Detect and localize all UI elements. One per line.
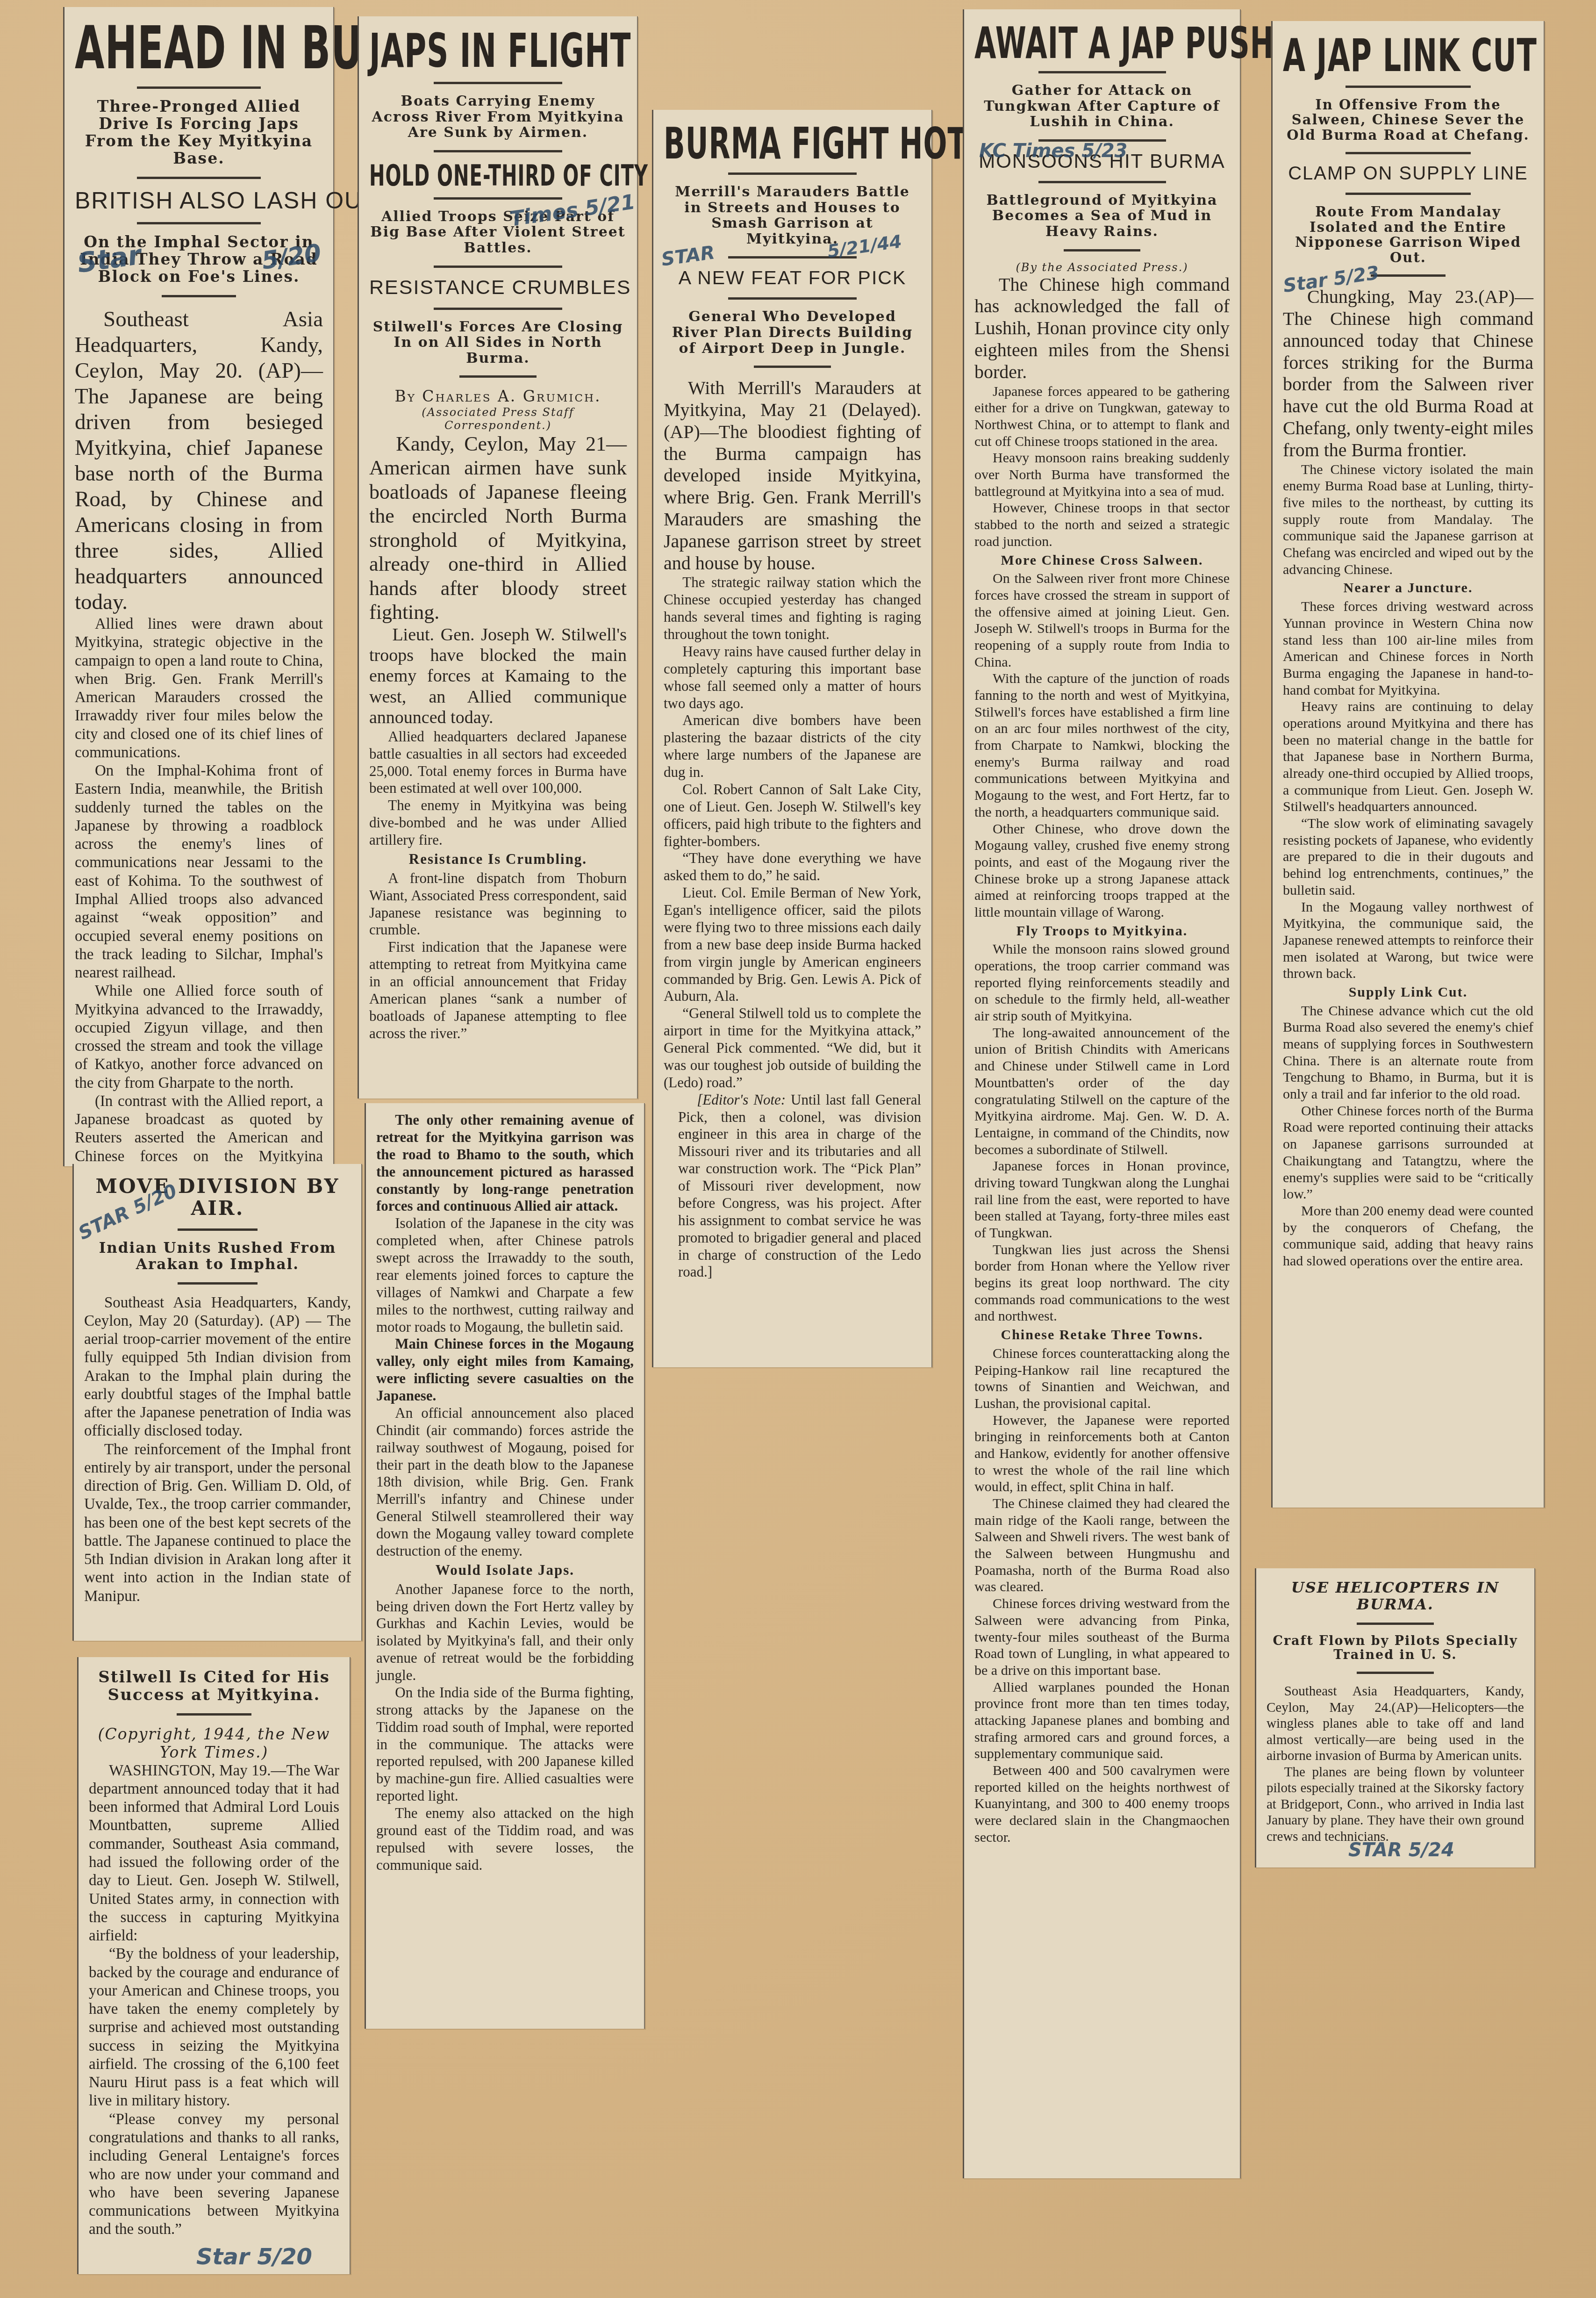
- divider: [754, 366, 831, 368]
- headline-secondary: BRITISH ALSO LASH OUT: [75, 188, 323, 213]
- handwritten-annotation: KC Times 5/23: [979, 140, 1127, 162]
- clipping-burma-fight-hot: BURMA FIGHT HOT Merrill's Marauders Batt…: [652, 110, 932, 1367]
- divider: [162, 295, 236, 297]
- article-body: Southeast Asia Headquarters, Kandy, Ceyl…: [84, 1294, 351, 1606]
- divider: [1357, 1623, 1434, 1625]
- subheading: Supply Link Cut.: [1283, 984, 1533, 1001]
- deck: Route From Mandalay Isolated and the Ent…: [1283, 204, 1533, 265]
- paragraph: Col. Robert Cannon of Salt Lake City, on…: [664, 781, 921, 850]
- subheading: Nearer a Juncture.: [1283, 580, 1533, 596]
- article-body: The strategic railway station which the …: [664, 574, 921, 1281]
- clipping-japs-in-flight: JAPS IN FLIGHT Boats Carrying Enemy Acro…: [358, 16, 638, 1099]
- paragraph: First indication that the Japanese were …: [369, 939, 627, 1042]
- divider: [178, 1282, 258, 1285]
- divider: [434, 82, 563, 84]
- paragraph: More than 200 enemy dead were counted by…: [1283, 1203, 1533, 1270]
- paragraph: The reinforcement of the Imphal front en…: [84, 1441, 351, 1606]
- headline: AHEAD IN BURMA: [75, 19, 323, 79]
- divider: [178, 1228, 258, 1231]
- paragraph: “General Stilwell told us to complete th…: [664, 1005, 921, 1091]
- divider: [1346, 152, 1471, 154]
- editors-note: [Editor's Note: Until last fall General …: [664, 1092, 921, 1281]
- subheading: Chinese Retake Three Towns.: [974, 1327, 1230, 1343]
- paragraph: On the Salween river front more Chinese …: [974, 570, 1230, 670]
- paragraph: Japanese forces in Honan province, drivi…: [974, 1158, 1230, 1241]
- paragraph: The only other remaining avenue of retre…: [376, 1112, 634, 1215]
- divider: [1038, 71, 1166, 73]
- headline-secondary: A NEW FEAT FOR PICK: [664, 268, 921, 288]
- article-body: Japanese forces appeared to be gathering…: [974, 383, 1230, 1846]
- clipping-stilwell-cited: Stilwell Is Cited for His Success at Myi…: [77, 1657, 351, 2274]
- divider: [137, 177, 261, 179]
- divider: [728, 297, 857, 300]
- paragraph: A front-line dispatch from Thoburn Wiant…: [369, 870, 627, 939]
- paragraph: American dive bombers have been plasteri…: [664, 712, 921, 781]
- paragraph: “They have done everything we have asked…: [664, 850, 921, 884]
- article-lead: Kandy, Ceylon, May 21—American airmen ha…: [369, 432, 627, 728]
- headline: BURMA FIGHT HOT: [664, 122, 921, 165]
- article-body: The Chinese victory isolated the main en…: [1283, 461, 1533, 1270]
- paragraph: Southeast Asia Headquarters, Kandy, Ceyl…: [1267, 1683, 1524, 1764]
- paragraph: Chinese forces counterattacking along th…: [974, 1345, 1230, 1412]
- divider: [137, 86, 261, 89]
- clipping-japs-in-flight-continued: The only other remaining avenue of retre…: [365, 1103, 645, 2029]
- paragraph: Tungkwan lies just across the Shensi bor…: [974, 1242, 1230, 1325]
- deck: Boats Carrying Enemy Across River From M…: [369, 93, 627, 141]
- article-lead: The Chinese high command has acknowledge…: [974, 274, 1230, 383]
- deck: Gather for Attack on Tungkwan After Capt…: [974, 83, 1230, 130]
- divider: [1371, 274, 1446, 277]
- paragraph: Heavy rains have caused further delay in…: [664, 643, 921, 712]
- deck: General Who Developed River Plan Directs…: [664, 309, 921, 356]
- paragraph: An official announcement also placed Chi…: [376, 1405, 634, 1560]
- divider: [177, 1713, 252, 1716]
- clipping-move-division: MOVE DIVISION BY AIR. Indian Units Rushe…: [72, 1164, 362, 1641]
- paragraph: The enemy also attacked on the high grou…: [376, 1805, 634, 1874]
- paragraph: The long-awaited announcement of the uni…: [974, 1025, 1230, 1158]
- divider: [1346, 86, 1471, 88]
- paragraph: While the monsoon rains slowed ground op…: [974, 941, 1230, 1024]
- clipping-helicopters: USE HELICOPTERS IN BURMA. Craft Flown by…: [1255, 1568, 1535, 1867]
- paragraph: Between 400 and 500 cavalrymen were repo…: [974, 1762, 1230, 1846]
- divider: [434, 266, 563, 268]
- paragraph: These forces driving westward across Yun…: [1283, 598, 1533, 698]
- paragraph: In the Mogaung valley northwest of Myitk…: [1283, 899, 1533, 982]
- paragraph: Southeast Asia Headquarters, Kandy, Ceyl…: [84, 1294, 351, 1441]
- paragraph: While one Allied force south of Myitkyin…: [75, 982, 323, 1092]
- headline: A JAP LINK CUT: [1283, 33, 1533, 78]
- paragraph: The planes are being flown by volunteer …: [1267, 1764, 1524, 1845]
- paragraph: Other Chinese forces north of the Burma …: [1283, 1103, 1533, 1203]
- paragraph: On the Imphal-Kohima front of Eastern In…: [75, 762, 323, 982]
- headline: AWAIT A JAP PUSH: [974, 22, 1230, 65]
- deck: Craft Flown by Pilots Specially Trained …: [1267, 1634, 1524, 1662]
- article-lead: Chungking, May 23.(AP)—The Chinese high …: [1283, 286, 1533, 461]
- paragraph: “The slow work of eliminating savagely r…: [1283, 815, 1533, 898]
- divider: [728, 172, 857, 175]
- byline: By Charles A. Grumich.: [369, 387, 627, 405]
- wire-credit: (By the Associated Press.): [974, 261, 1230, 274]
- headline: Stilwell Is Cited for His Success at Myi…: [89, 1668, 339, 1704]
- headline-secondary: HOLD ONE-THIRD OF CITY: [369, 162, 627, 191]
- article-body: Allied headquarters declared Japanese ba…: [369, 728, 627, 1042]
- copyright-credit: (Copyright, 1944, the New York Times.): [89, 1725, 339, 1762]
- clipping-await-jap-push: AWAIT A JAP PUSH Gather for Attack on Tu…: [963, 9, 1241, 2178]
- headline-secondary: CLAMP ON SUPPLY LINE: [1283, 164, 1533, 183]
- article-lead: With Merrill's Marauders at Myitkyina, M…: [664, 377, 921, 574]
- paragraph: Allied headquarters declared Japanese ba…: [369, 728, 627, 797]
- paragraph: Allied lines were drawn about Myitkyina,…: [75, 615, 323, 762]
- paragraph: However, Chinese troops in that sector s…: [974, 500, 1230, 550]
- clipping-ahead-in-burma: AHEAD IN BURMA Three-Pronged Allied Driv…: [63, 7, 334, 1166]
- paragraph: Another Japanese force to the north, bei…: [376, 1581, 634, 1684]
- deck: Indian Units Rushed From Arakan to Impha…: [84, 1240, 351, 1272]
- article-body: WASHINGTON, May 19.—The War department a…: [89, 1762, 339, 2239]
- deck: Three-Pronged Allied Drive Is Forcing Ja…: [75, 98, 323, 167]
- paragraph: Heavy monsoon rains breaking suddenly ov…: [974, 450, 1230, 500]
- paragraph: Lieut. Col. Emile Berman of New York, Eg…: [664, 884, 921, 1005]
- subheading: Would Isolate Japs.: [376, 1562, 634, 1579]
- article-lead: Southeast Asia Headquarters, Kandy, Ceyl…: [75, 307, 323, 615]
- deck: In Offensive From the Salween, Chinese S…: [1283, 97, 1533, 143]
- paragraph: WASHINGTON, May 19.—The War department a…: [89, 1762, 339, 1946]
- divider: [434, 150, 563, 152]
- paragraph: Isolation of the Japanese in the city wa…: [376, 1215, 634, 1336]
- handwritten-annotation: Star 5/20: [196, 2244, 312, 2270]
- paragraph: Other Chinese, who drove down the Mogaun…: [974, 821, 1230, 921]
- divider: [1357, 1672, 1434, 1674]
- divider: [1038, 181, 1166, 183]
- divider: [137, 222, 261, 224]
- subheading: Resistance Is Crumbling.: [369, 851, 627, 868]
- paragraph: The strategic railway station which the …: [664, 574, 921, 643]
- paragraph: “By the boldness of your leadership, bac…: [89, 1945, 339, 2110]
- headline: USE HELICOPTERS IN BURMA.: [1267, 1580, 1524, 1613]
- paragraph: Main Chinese forces in the Mogaung valle…: [376, 1336, 634, 1405]
- scrapbook-page: AHEAD IN BURMA Three-Pronged Allied Driv…: [0, 0, 1596, 2298]
- divider: [434, 308, 563, 310]
- deck: Stilwell's Forces Are Closing In on All …: [369, 319, 627, 366]
- subheading: Fly Troops to Myitkyina.: [974, 923, 1230, 940]
- article-body: Southeast Asia Headquarters, Kandy, Ceyl…: [1267, 1683, 1524, 1845]
- divider: [1346, 193, 1471, 195]
- subheading: More Chinese Cross Salween.: [974, 552, 1230, 569]
- paragraph: The enemy in Myitkyina was being dive-bo…: [369, 797, 627, 849]
- divider: [1064, 249, 1140, 251]
- headline: JAPS IN FLIGHT: [369, 29, 627, 75]
- paragraph: The Chinese victory isolated the main en…: [1283, 461, 1533, 578]
- article-body: The only other remaining avenue of retre…: [376, 1112, 634, 1874]
- paragraph: With the capture of the junction of road…: [974, 670, 1230, 820]
- paragraph: The Chinese advance which cut the old Bu…: [1283, 1003, 1533, 1103]
- paragraph: Japanese forces appeared to be gathering…: [974, 383, 1230, 450]
- paragraph: “Please convey my personal congratulatio…: [89, 2111, 339, 2239]
- handwritten-annotation: STAR 5/24: [1348, 1839, 1454, 1861]
- paragraph: On the India side of the Burma fighting,…: [376, 1684, 634, 1805]
- paragraph: Allied warplanes pounded the Honan provi…: [974, 1679, 1230, 1762]
- byline-credit: (Associated Press Staff Correspondent.): [369, 406, 627, 432]
- clipping-jap-link-cut: A JAP LINK CUT In Offensive From the Sal…: [1271, 21, 1545, 1508]
- divider: [434, 197, 563, 200]
- headline-tertiary: RESISTANCE CRUMBLES: [369, 277, 627, 298]
- paragraph: The Chinese claimed they had cleared the…: [974, 1495, 1230, 1595]
- paragraph: However, the Japanese were reported brin…: [974, 1412, 1230, 1495]
- deck: Battleground of Myitkyina Becomes a Sea …: [974, 193, 1230, 240]
- paragraph: Chinese forces driving westward from the…: [974, 1595, 1230, 1679]
- paragraph: Heavy rains are continuing to delay oper…: [1283, 698, 1533, 815]
- divider: [459, 375, 537, 378]
